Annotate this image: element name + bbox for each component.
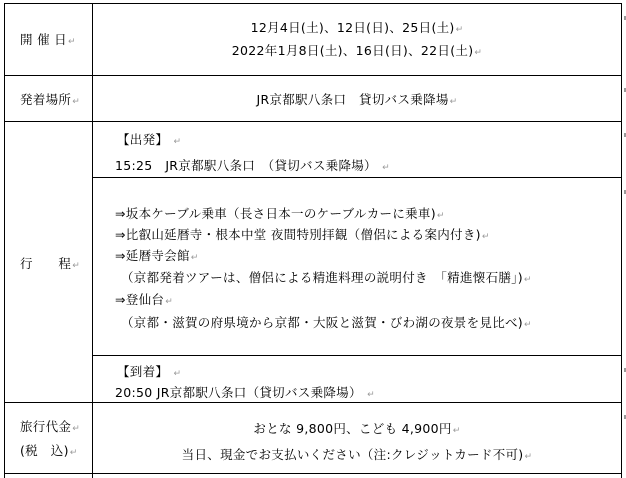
itinerary-step: ⇒延暦寺会館↵ (115, 248, 199, 266)
paragraph-mark-icon: ↵ (453, 426, 461, 436)
location-text: JR京都駅八条口 貸切バス乗降場 (256, 92, 448, 107)
paragraph-mark-icon: ↵ (191, 253, 199, 263)
itinerary-text: ⇒延暦寺会館 (115, 248, 190, 263)
itinerary-text: ⇒比叡山延暦寺・根本中堂 夜間特別拝観（僧侶による案内付き) (115, 227, 481, 242)
location-value: JR京都駅八条口 貸切バス乗降場↵ (93, 92, 621, 110)
fee-text: おとな 9,800円、こども 4,900円 (253, 421, 451, 436)
itinerary-step: ⇒登仙台↵ (115, 292, 173, 310)
label-text: 旅行代金 (20, 419, 71, 434)
itinerary-note: （京都発着ツアーは、僧侶による精進料理の説明付き 「精進懐石膳」)↵ (121, 270, 532, 288)
label-text: (税 込) (20, 443, 69, 458)
dates-text: 2022年1月8日(土)、16日(日)、22日(土) (232, 43, 474, 58)
fee-text: 当日、現金でお支払いください（注:クレジットカード不可) (182, 447, 524, 462)
fee-prices: おとな 9,800円、こども 4,900円↵ (93, 421, 621, 439)
arrival-heading: 【到着】 ↵ (117, 364, 181, 382)
label-fee: 旅行代金↵ (20, 419, 80, 437)
arrival-heading-text: 【到着】 (117, 364, 168, 379)
table-border-right (621, 3, 622, 478)
dates-line-2: 2022年1月8日(土)、16日(日)、22日(土)↵ (93, 43, 621, 61)
paragraph-mark-icon: ↵ (437, 211, 445, 221)
table-border-top (4, 3, 622, 4)
paragraph-mark-icon: ↵ (367, 390, 375, 400)
column-divider (92, 3, 93, 478)
dates-text: 12月4日(土)、12日(日)、25日(土) (251, 20, 455, 35)
subrow-divider-arrival (92, 355, 622, 356)
itinerary-text: （京都・滋賀の府県境から京都・大阪と滋賀・びわ湖の夜景を見比べ) (121, 315, 523, 330)
paragraph-mark-icon: ↵ (72, 424, 80, 434)
paragraph-mark-icon: ↵ (68, 37, 76, 47)
paragraph-mark-icon: ↵ (173, 369, 181, 379)
paragraph-mark-icon: ↵ (72, 261, 80, 271)
label-text: 開 催 日 (20, 32, 67, 47)
paragraph-mark-icon: ↵ (524, 452, 532, 462)
departure-detail-text: 15:25 JR京都駅八条口 （貸切バス乗降場） (115, 158, 377, 173)
itinerary-step: ⇒比叡山延暦寺・根本中堂 夜間特別拝観（僧侶による案内付き)↵ (115, 227, 490, 245)
paragraph-mark-icon: ↵ (524, 320, 532, 330)
fee-payment-note: 当日、現金でお支払いください（注:クレジットカード不可)↵ (93, 447, 621, 465)
paragraph-mark-icon: ↵ (382, 163, 390, 173)
paragraph-mark-icon: ↵ (70, 448, 78, 458)
label-dates: 開 催 日↵ (20, 32, 76, 50)
row-divider-dates (4, 75, 622, 76)
itinerary-text: ⇒登仙台 (115, 292, 164, 307)
table-border-left (4, 3, 5, 478)
paragraph-mark-icon: ↵ (482, 232, 490, 242)
arrival-detail-text: 20:50 JR京都駅八条口（貸切バス乗降場） (115, 385, 362, 400)
label-text: 発着場所 (20, 92, 71, 107)
itinerary-text: （京都発着ツアーは、僧侶による精進料理の説明付き 「精進懐石膳」) (121, 270, 523, 285)
label-itinerary: 行 程↵ (20, 256, 80, 274)
itinerary-note: （京都・滋賀の府県境から京都・大阪と滋賀・びわ湖の夜景を見比べ)↵ (121, 315, 532, 333)
subrow-divider-departure (92, 177, 622, 178)
paragraph-mark-icon: ↵ (456, 25, 464, 35)
paragraph-mark-icon: ↵ (72, 97, 80, 107)
label-fee-tax: (税 込)↵ (20, 443, 78, 461)
itinerary-step: ⇒坂本ケーブル乗車（長さ日本一のケーブルカーに乗車)↵ (115, 206, 445, 224)
dates-line-1: 12月4日(土)、12日(日)、25日(土)↵ (93, 20, 621, 38)
departure-heading: 【出発】 ↵ (117, 132, 181, 150)
paragraph-mark-icon: ↵ (524, 275, 532, 285)
table-border-bottom (4, 473, 622, 474)
departure-detail: 15:25 JR京都駅八条口 （貸切バス乗降場） ↵ (115, 158, 390, 176)
paragraph-mark-icon: ↵ (450, 97, 458, 107)
arrival-detail: 20:50 JR京都駅八条口（貸切バス乗降場） ↵ (115, 385, 375, 403)
paragraph-mark-icon: ↵ (474, 48, 482, 58)
label-text: 行 程 (20, 256, 71, 271)
row-divider-location (4, 121, 622, 122)
departure-heading-text: 【出発】 (117, 132, 168, 147)
paragraph-mark-icon: ↵ (165, 297, 173, 307)
label-location: 発着場所↵ (20, 92, 80, 110)
paragraph-mark-icon: ↵ (173, 137, 181, 147)
itinerary-text: ⇒坂本ケーブル乗車（長さ日本一のケーブルカーに乗車) (115, 206, 436, 221)
